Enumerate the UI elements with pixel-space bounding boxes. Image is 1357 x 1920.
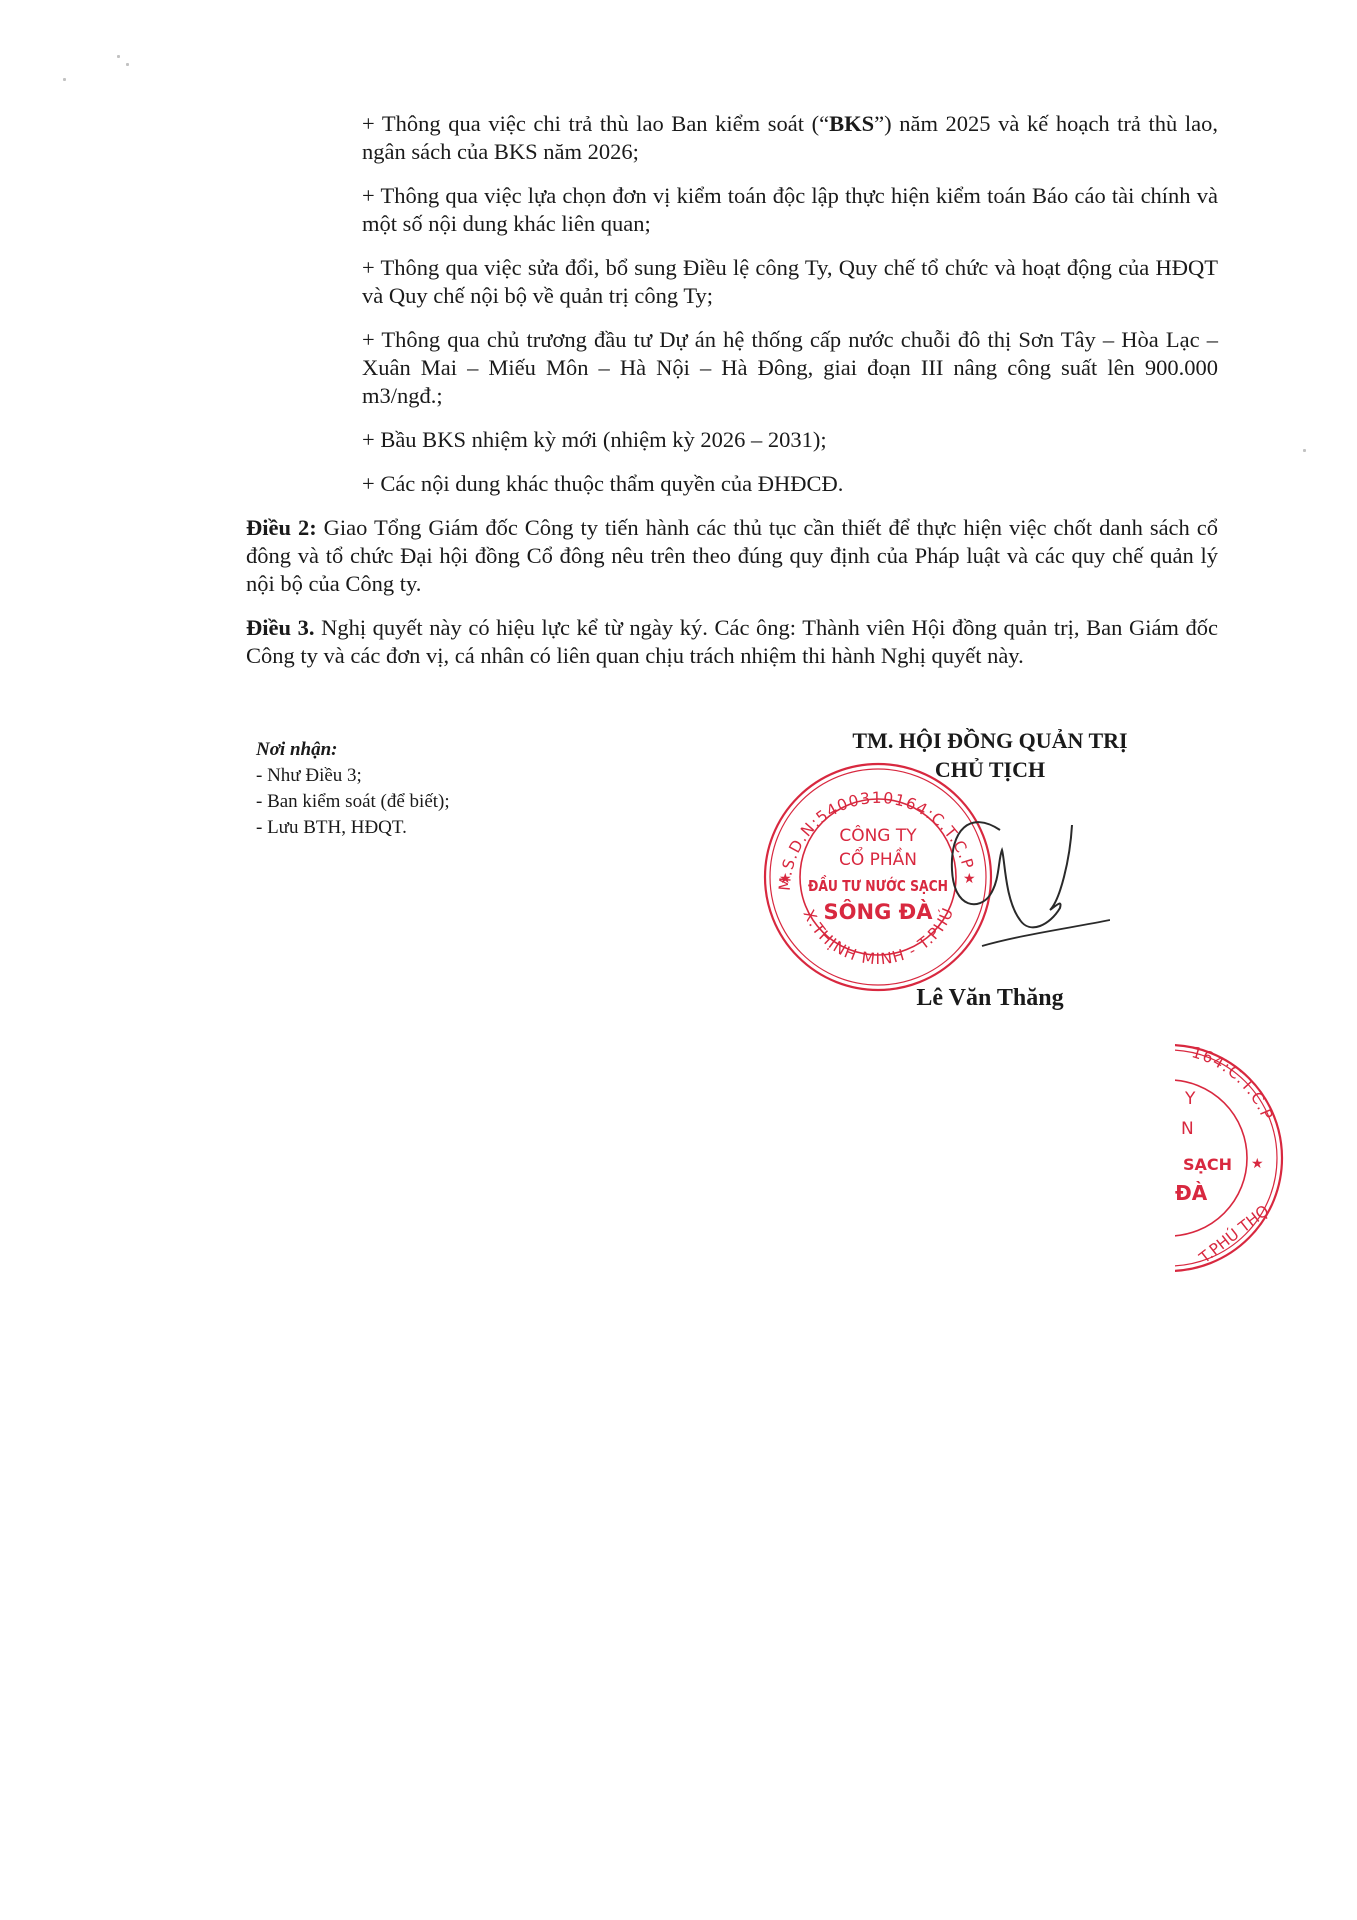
svg-text:★: ★ <box>779 871 792 887</box>
article-3: Điều 3. Nghị quyết này có hiệu lực kể từ… <box>246 614 1218 670</box>
svg-text:CỔ PHẦN: CỔ PHẦN <box>839 846 917 870</box>
resolution-item: + Thông qua việc chi trả thù lao Ban kiể… <box>246 110 1218 166</box>
svg-text:SẠCH: SẠCH <box>1183 1155 1232 1174</box>
scan-speck <box>1303 449 1306 452</box>
signer-title: CHỦ TỊCH <box>800 755 1180 784</box>
scan-speck <box>63 78 66 81</box>
article-label: Điều 2: <box>246 515 317 540</box>
recipients-heading: Nơi nhận: <box>256 737 450 763</box>
handwritten-signature <box>910 800 1110 985</box>
on-behalf-label: TM. HỘI ĐỒNG QUẢN TRỊ <box>800 726 1180 755</box>
svg-text:Y: Y <box>1184 1089 1196 1109</box>
scan-speck <box>126 63 129 66</box>
resolution-item: + Bầu BKS nhiệm kỳ mới (nhiệm kỳ 2026 – … <box>246 426 1218 454</box>
resolution-item: + Các nội dung khác thuộc thẩm quyền của… <box>246 470 1218 498</box>
recipient-item: - Lưu BTH, HĐQT. <box>256 815 450 841</box>
articles: Điều 2: Giao Tổng Giám đốc Công ty tiến … <box>246 514 1218 670</box>
svg-text:CÔNG TY: CÔNG TY <box>839 824 917 846</box>
document-page: + Thông qua việc chi trả thù lao Ban kiể… <box>0 0 1357 1920</box>
svg-text:T.PHÚ THỌ: T.PHÚ THỌ <box>1195 1201 1273 1268</box>
resolution-item: + Thông qua chủ trương đầu tư Dự án hệ t… <box>246 326 1218 410</box>
svg-text:★: ★ <box>1251 1156 1264 1172</box>
recipients-block: Nơi nhận: - Như Điều 3; - Ban kiểm soát … <box>256 737 450 841</box>
recipient-item: - Ban kiểm soát (để biết); <box>256 789 450 815</box>
resolution-items: + Thông qua việc chi trả thù lao Ban kiể… <box>246 110 1218 498</box>
article-label: Điều 3. <box>246 615 314 640</box>
partial-seal-icon: 164:C.T.C.P ★ T.PHÚ THỌ Y N SẠCH ĐÀ <box>1175 1042 1285 1274</box>
recipient-item: - Như Điều 3; <box>256 763 450 789</box>
svg-text:ĐÀ: ĐÀ <box>1175 1181 1208 1205</box>
resolution-item: + Thông qua việc lựa chọn đơn vị kiểm to… <box>246 182 1218 238</box>
partial-seal: 164:C.T.C.P ★ T.PHÚ THỌ Y N SẠCH ĐÀ <box>1175 1042 1285 1274</box>
bks-abbrev: BKS <box>829 111 874 136</box>
article-2: Điều 2: Giao Tổng Giám đốc Công ty tiến … <box>246 514 1218 598</box>
signer-name: Lê Văn Thăng <box>880 985 1100 1012</box>
signature-block: TM. HỘI ĐỒNG QUẢN TRỊ CHỦ TỊCH <box>800 726 1180 784</box>
scan-speck <box>117 55 120 58</box>
svg-text:164:C.T.C.P: 164:C.T.C.P <box>1190 1043 1277 1123</box>
resolution-item: + Thông qua việc sửa đổi, bổ sung Điều l… <box>246 254 1218 310</box>
svg-text:N: N <box>1181 1119 1194 1139</box>
signature-icon <box>910 800 1110 980</box>
